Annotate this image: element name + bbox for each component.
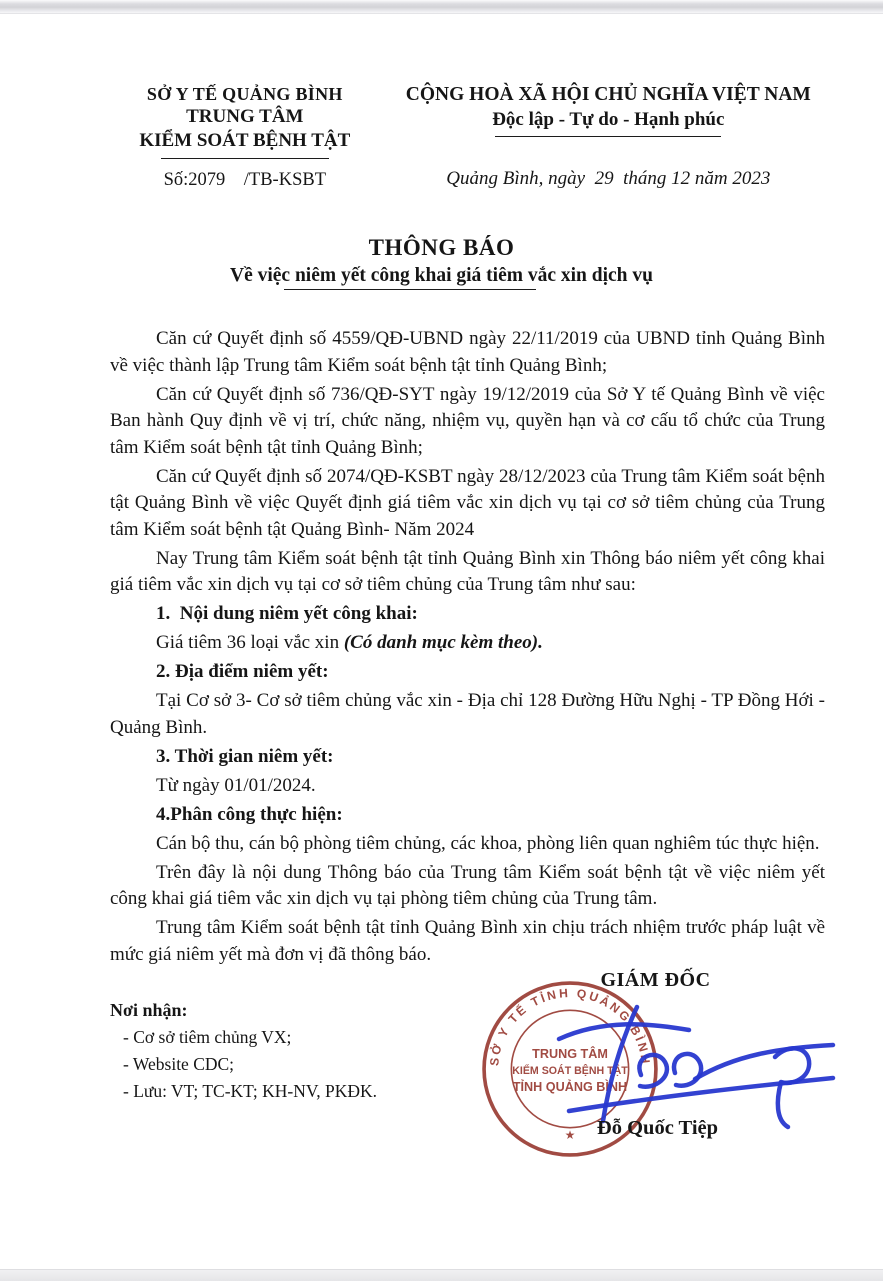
paragraph-legal-basis-3: Căn cứ Quyết định số 2074/QĐ-KSBT ngày 2… [110, 464, 825, 544]
place-and-date: Quảng Bình, ngày 29 tháng 12 năm 2023 [380, 168, 837, 190]
national-title: CỘNG HOÀ XÃ HỘI CHỦ NGHĨA VIỆT NAM [380, 84, 837, 106]
motto-underline [495, 136, 721, 137]
section-1-text: Giá tiêm 36 loại vắc xin [156, 632, 344, 653]
signature-icon [545, 999, 845, 1131]
paragraph-closing-2: Trung tâm Kiểm soát bệnh tật tỉnh Quảng … [110, 915, 825, 968]
document-title: THÔNG BÁO [0, 235, 883, 261]
document-number: Số:2079 /TB-KSBT [110, 170, 380, 191]
section-1-heading: 1. Nội dung niêm yết công khai: [110, 601, 825, 628]
national-header-block: CỘNG HOÀ XÃ HỘI CHỦ NGHĨA VIỆT NAM Độc l… [380, 84, 837, 191]
organization-underline [161, 158, 329, 159]
recipient-item: - Lưu: VT; TC-KT; KH-NV, PKĐK. [110, 1078, 377, 1105]
recipients-label: Nơi nhận: [110, 997, 377, 1024]
section-1-content: Giá tiêm 36 loại vắc xin (Có danh mục kè… [110, 630, 825, 657]
section-4-heading: 4.Phân công thực hiện: [110, 802, 825, 829]
signer-name: Đỗ Quốc Tiệp [545, 1117, 770, 1140]
issuing-authority-block: SỞ Y TẾ QUẢNG BÌNH TRUNG TÂM KIỂM SOÁT B… [110, 84, 380, 191]
section-3-heading: 3. Thời gian niêm yết: [110, 744, 825, 771]
document-body: Căn cứ Quyết định số 4559/QĐ-UBND ngày 2… [110, 326, 825, 968]
recipients-block: Nơi nhận: - Cơ sở tiêm chủng VX; - Websi… [110, 997, 377, 1105]
paragraph-announcement: Nay Trung tâm Kiểm soát bệnh tật tỉnh Qu… [110, 546, 825, 599]
section-2-heading: 2. Địa điểm niêm yết: [110, 659, 825, 686]
document-subtitle: Về việc niêm yết công khai giá tiêm vắc … [0, 265, 883, 287]
section-2-content: Tại Cơ sở 3- Cơ sở tiêm chủng vắc xin - … [110, 688, 825, 741]
page-top-edge [0, 0, 883, 14]
recipient-item: - Website CDC; [110, 1051, 377, 1078]
document-footer: Nơi nhận: - Cơ sở tiêm chủng VX; - Websi… [0, 971, 883, 1239]
paragraph-legal-basis-1: Căn cứ Quyết định số 4559/QĐ-UBND ngày 2… [110, 326, 825, 379]
recipient-item: - Cơ sở tiêm chủng VX; [110, 1024, 377, 1051]
section-4-content: Cán bộ thu, cán bộ phòng tiêm chủng, các… [110, 831, 825, 858]
section-3-content: Từ ngày 01/01/2024. [110, 773, 825, 800]
organization-name-line2: KIỂM SOÁT BỆNH TẬT [110, 129, 380, 153]
page-bottom-edge [0, 1269, 883, 1281]
subtitle-underline [284, 289, 536, 290]
document-header: SỞ Y TẾ QUẢNG BÌNH TRUNG TÂM KIỂM SOÁT B… [0, 0, 883, 191]
title-block: THÔNG BÁO Về việc niêm yết công khai giá… [0, 235, 883, 290]
parent-organization: SỞ Y TẾ QUẢNG BÌNH [110, 84, 380, 105]
section-1-note: (Có danh mục kèm theo). [344, 632, 543, 653]
document: SỞ Y TẾ QUẢNG BÌNH TRUNG TÂM KIỂM SOÁT B… [0, 0, 883, 1239]
national-motto: Độc lập - Tự do - Hạnh phúc [380, 109, 837, 131]
paragraph-closing-1: Trên đây là nội dung Thông báo của Trung… [110, 860, 825, 913]
paragraph-legal-basis-2: Căn cứ Quyết định số 736/QĐ-SYT ngày 19/… [110, 382, 825, 462]
organization-name-line1: TRUNG TÂM [110, 105, 380, 129]
